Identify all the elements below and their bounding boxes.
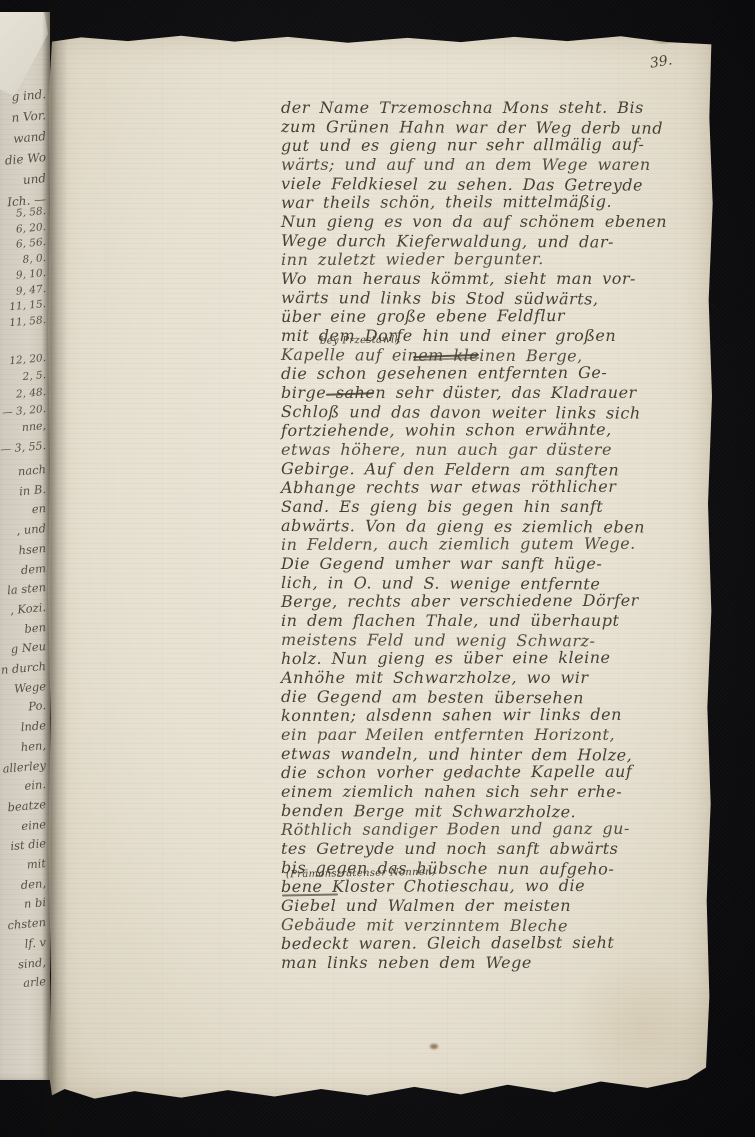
handwritten-line: die schon vorher gedachte Kapelle auf [281,761,731,782]
margin-text-fragment: arle [0,972,47,996]
margin-fragments-middle: nne,— 3, 55. [0,416,46,456]
margin-fragments-top: g ind.n Vor.wanddie WoundIch. — [0,84,46,210]
ink-spot [430,1044,438,1049]
handwritten-line: Röthlich sandiger Boden und ganz gu- [281,818,731,839]
handwritten-line: Berge, rechts aber verschiedene Dörfer [281,590,731,611]
page-number: 39. [649,52,673,71]
manuscript-page: 39. der Name Trzemoschna Mons steht. Bis… [48,32,714,1104]
handwritten-line: inn zuletzt wieder bergunter. [281,248,731,269]
handwritten-line: Nun gieng es von da auf schönem ebenen [281,212,731,231]
handwritten-line: in Feldern, auch ziemlich gutem Wege. [281,533,731,554]
margin-times-column-1: 5, 58.6, 20.6, 56.8, 0.9, 10.9, 47.11, 1… [0,204,46,328]
handwritten-line: konnten; alsdenn sahen wir links den [281,704,731,725]
water-stain [568,952,718,1102]
handwritten-line: die schon gesehenen entfernten Ge- [281,362,731,383]
handwritten-line: in dem flachen Thale, und überhaupt [281,611,731,630]
manuscript-scan: g ind.n Vor.wanddie WoundIch. — 5, 58.6,… [0,0,755,1137]
handwritten-line: über eine große ebene Feldflur [281,305,731,326]
handwritten-line: Wo man heraus kömmt, sieht man vor- [281,269,731,288]
handwritten-line: gut und es gieng nur sehr allmälig auf- [281,134,731,155]
handwritten-line: ein paar Meilen entfernten Horizont, [281,725,731,744]
previous-page-edge: g ind.n Vor.wanddie WoundIch. — 5, 58.6,… [0,12,50,1080]
handwritten-line: holz. Nun gieng es über eine kleine [281,647,731,668]
handwritten-line: bedeckt waren. Gleich daselbst sieht [281,932,731,953]
handwritten-line: Giebel und Walmen der meisten [281,896,731,915]
margin-time-value: 11, 58. [0,313,47,332]
handwritten-line: Sand. Es gieng bis gegen hin sanft [281,497,731,516]
margin-fragments-bottom: nachin B.en, undhsendemla sten, Kozi.ben… [0,460,46,992]
interlinear-insertion: bey Przestawlk [320,334,401,346]
handwritten-line: tes Getreyde und noch sanft abwärts [281,839,731,858]
handwritten-line: fortziehende, wohin schon erwähnte, [281,419,731,440]
handwritten-line: Die Gegend umher war sanft hüge- [281,554,731,573]
handwritten-line: Anhöhe mit Schwarzholze, wo wir [281,668,731,687]
manuscript-text: der Name Trzemoschna Mons steht. Biszum … [281,98,731,972]
handwritten-line: war theils schön, theils mittelmäßig. [281,191,731,212]
margin-text-fragment: — 3, 55. [0,436,47,460]
handwritten-line: der Name Trzemoschna Mons steht. Bis [281,98,731,117]
handwritten-line: Abhange rechts war etwas röthlicher [281,476,731,497]
foxing-stain [648,34,678,44]
handwritten-line: etwas höhere, nun auch gar düstere [281,440,731,459]
handwritten-line: man links neben dem Wege [281,953,731,972]
handwritten-line: einem ziemlich nahen sich sehr erhe- [281,782,731,801]
handwritten-line: wärts; und auf und an dem Wege waren [281,155,731,174]
margin-times-column-2: 12, 20.2, 5.2, 48.— 3, 20. [0,350,46,418]
